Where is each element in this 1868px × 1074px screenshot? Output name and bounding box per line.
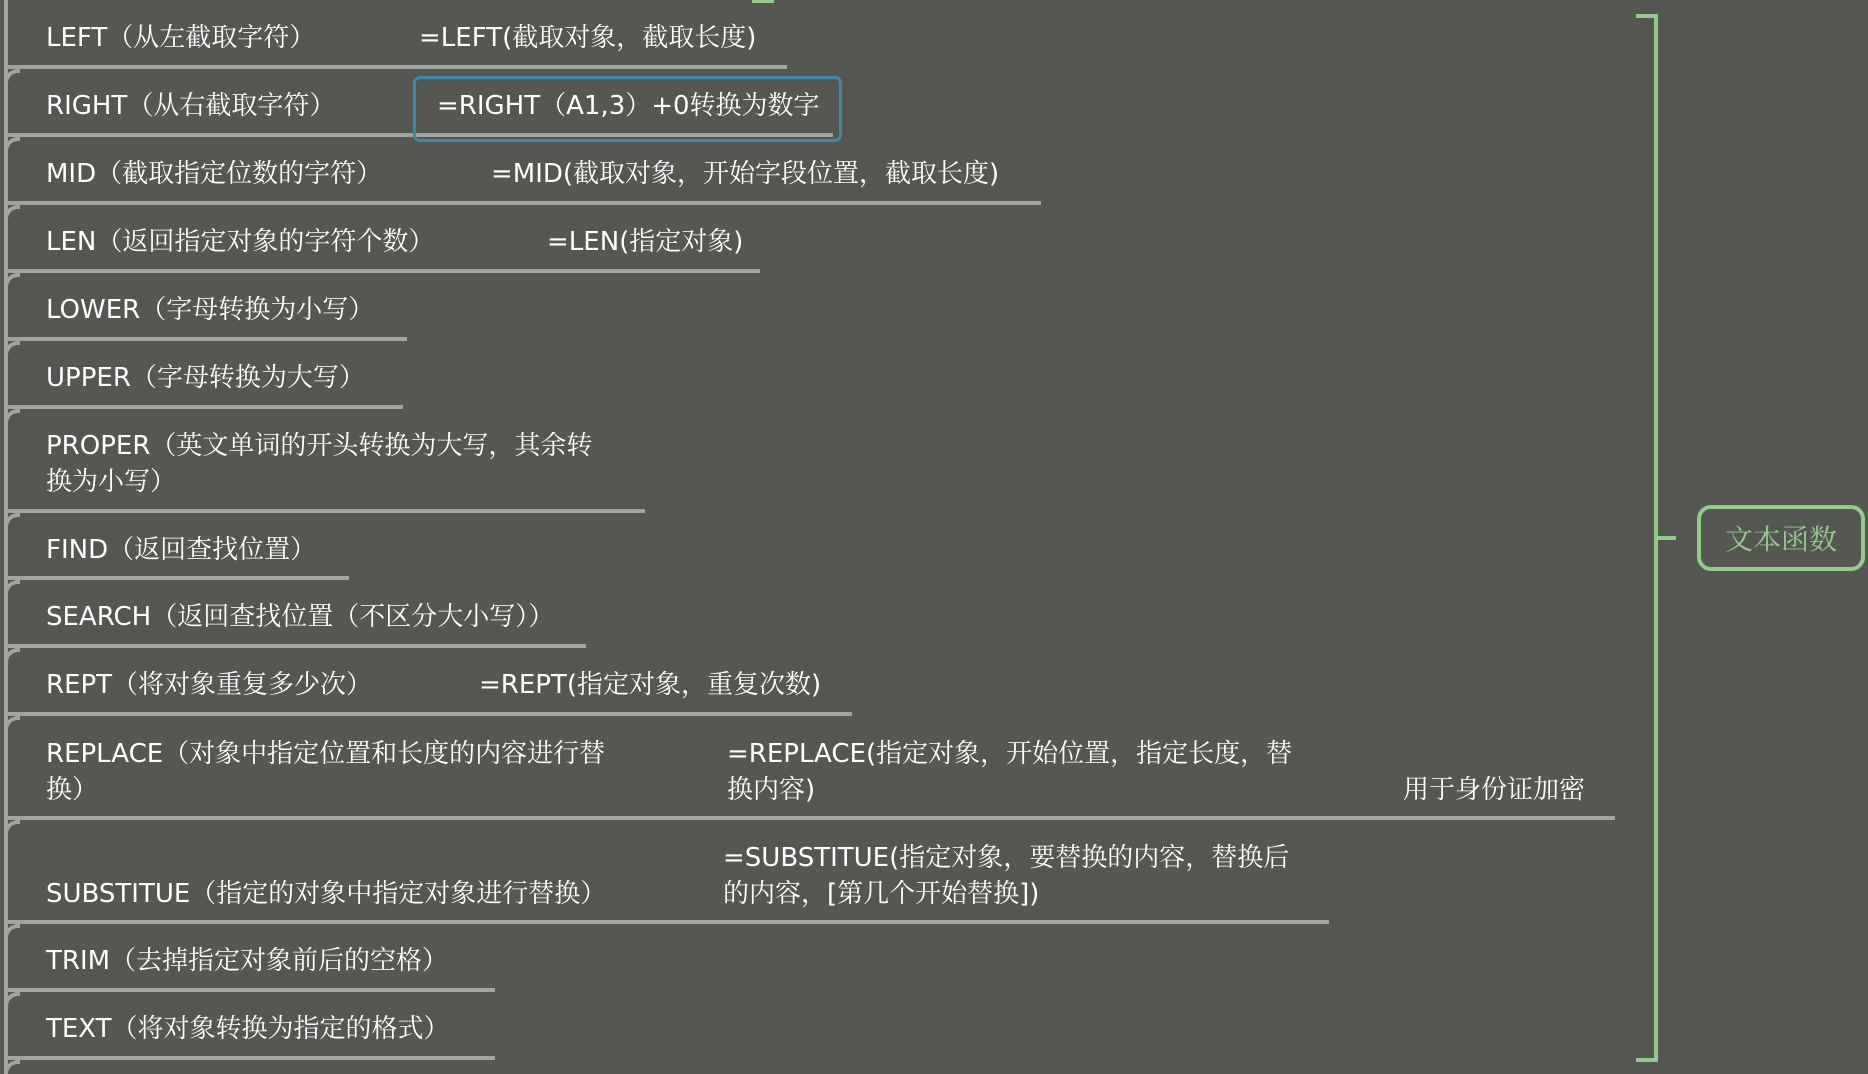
function-formula[interactable]: =REPT(指定对象，重复次数) [479, 667, 821, 703]
function-name[interactable]: SEARCH（返回查找位置（不区分大小写）） [46, 599, 554, 635]
function-name[interactable]: PROPER（英文单词的开头转换为大写，其余转 换为小写） [46, 428, 592, 500]
function-name[interactable]: TEXT（将对象转换为指定的格式） [46, 1011, 450, 1047]
function-name[interactable]: LOWER（字母转换为小写） [46, 292, 374, 328]
function-name[interactable]: SUBSTITUE（指定的对象中指定对象进行替换） [46, 876, 606, 912]
function-name[interactable]: LEN（返回指定对象的字符个数） [46, 224, 434, 260]
bracket-connector [1656, 536, 1676, 540]
root-node-text-functions[interactable]: 文本函数 [1697, 505, 1865, 571]
group-bracket [1636, 14, 1658, 1062]
function-formula[interactable]: =REPLACE(指定对象，开始位置，指定长度，替 换内容) [727, 736, 1292, 808]
node-underline [4, 1056, 495, 1060]
function-formula[interactable]: =LEFT(截取对象，截取长度) [419, 20, 756, 56]
function-name[interactable]: UPPER（字母转换为大写） [46, 360, 365, 396]
function-formula[interactable]: =RIGHT（A1,3）+0转换为数字 [437, 88, 820, 124]
function-formula[interactable]: =MID(截取对象，开始字段位置，截取长度) [491, 156, 999, 192]
function-name[interactable]: MID（截取指定位数的字符） [46, 156, 382, 192]
function-name[interactable]: REPT（将对象重复多少次） [46, 667, 372, 703]
function-name[interactable]: RIGHT（从右截取字符） [46, 88, 335, 124]
function-formula[interactable]: =LEN(指定对象) [547, 224, 743, 260]
root-node-label: 文本函数 [1725, 518, 1837, 558]
function-name[interactable]: REPLACE（对象中指定位置和长度的内容进行替 换） [46, 736, 605, 808]
function-name[interactable]: LEFT（从左截取字符） [46, 20, 315, 56]
function-formula[interactable]: =SUBSTITUE(指定对象，要替换的内容，替换后 的内容，[第几个开始替换]… [723, 840, 1289, 912]
function-note[interactable]: 用于身份证加密 [1403, 772, 1585, 808]
function-name[interactable]: FIND（返回查找位置） [46, 532, 316, 568]
function-name[interactable]: TRIM（去掉指定对象前后的空格） [46, 943, 448, 979]
